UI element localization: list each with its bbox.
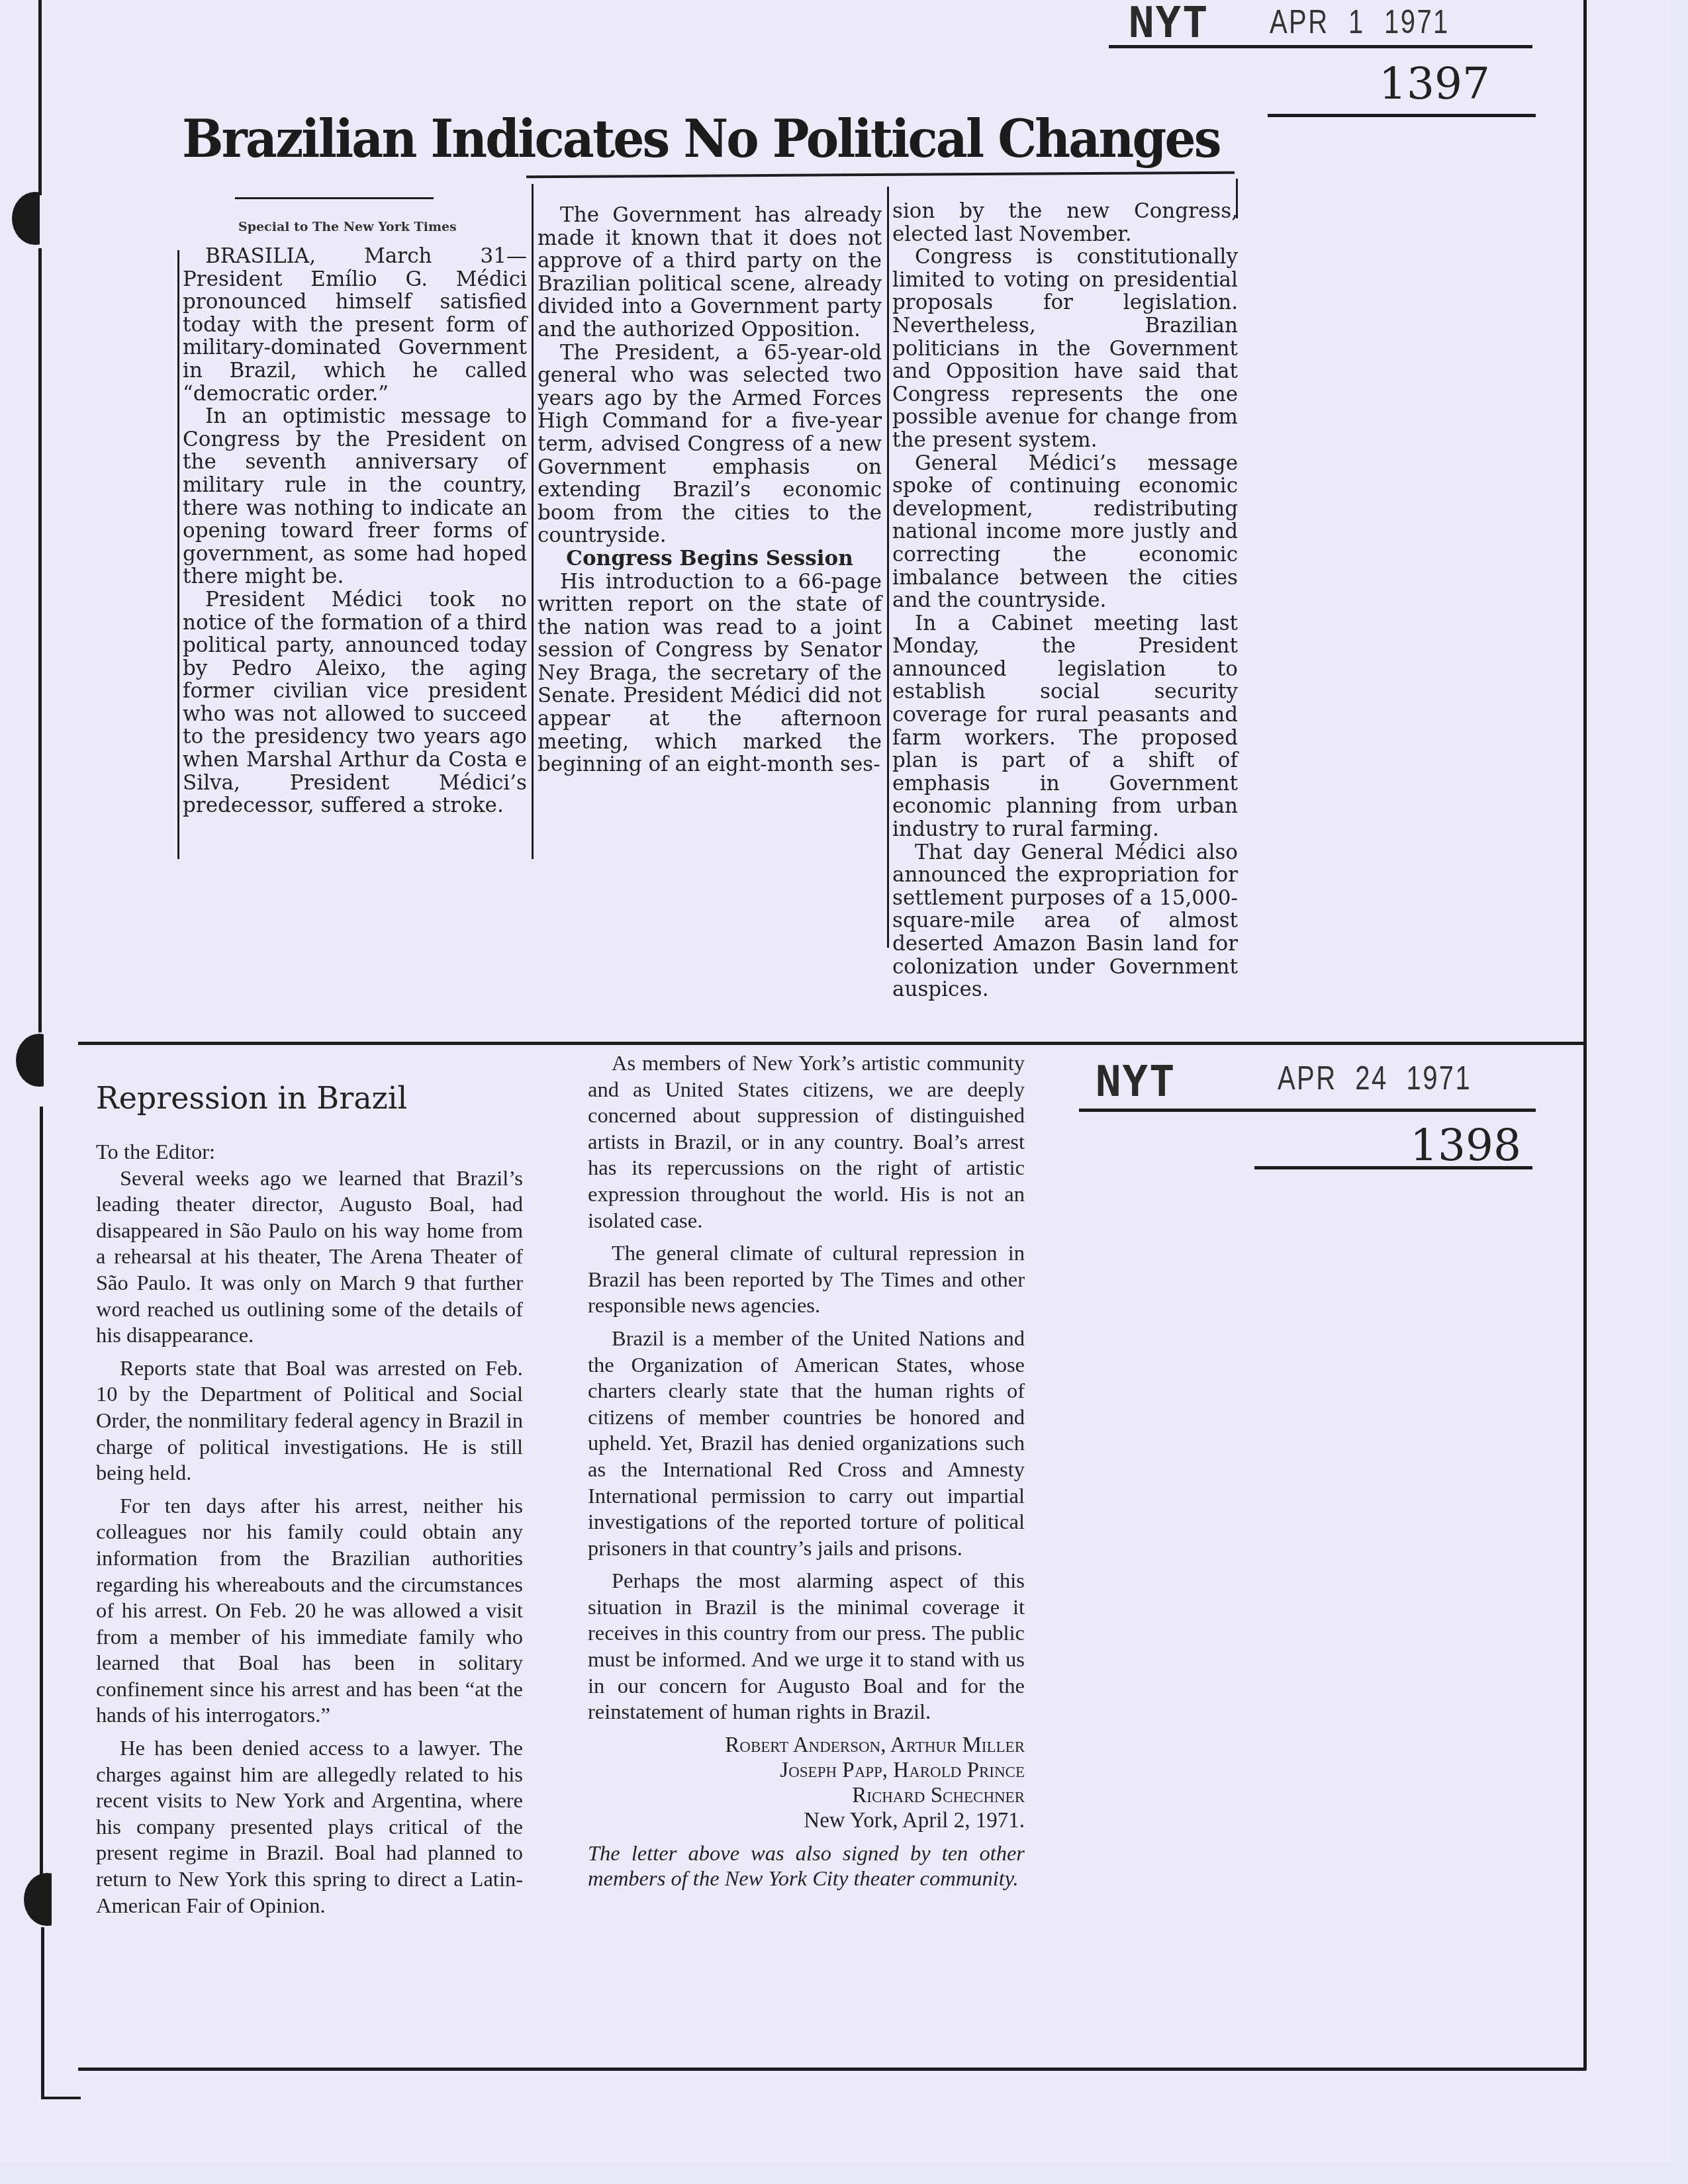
column-rule xyxy=(177,250,179,859)
letter-paragraph: Perhaps the most alarming aspect of this… xyxy=(588,1569,1025,1726)
scanned-page: NYT APR 1 1971 1397 Brazilian Indicates … xyxy=(0,0,1671,2163)
letter-column-1: To the Editor: Several weeks ago we lear… xyxy=(96,1140,523,1926)
letter-paragraph: Brazil is a member of the United Nations… xyxy=(588,1326,1025,1562)
stamp-topline xyxy=(1059,1042,1585,1045)
letter-salutation: To the Editor: xyxy=(96,1140,523,1166)
letter-dateline: New York, April 2, 1971. xyxy=(588,1808,1025,1833)
article-subhead: Congress Begins Session xyxy=(538,547,882,570)
article-paragraph: That day General Médici also announced t… xyxy=(892,841,1238,1001)
letter-title: Repression in Brazil xyxy=(96,1080,407,1116)
article-column-2: The Government has already made it known… xyxy=(538,204,882,776)
article-paragraph: BRASILIA, March 31—President Emílio G. M… xyxy=(183,245,527,405)
signer-line: Robert Anderson, Arthur Miller xyxy=(588,1733,1025,1758)
archive-number-underline xyxy=(1268,114,1536,117)
stamp-underline xyxy=(1079,1109,1536,1112)
article-paragraph: His introduction to a 66-page written re… xyxy=(538,570,882,776)
letter-column-2: As members of New York’s artistic commun… xyxy=(588,1051,1025,1898)
byline-rule xyxy=(235,197,434,199)
letter-paragraph: For ten days after his arrest, neither h… xyxy=(96,1494,523,1729)
signer-line: Richard Schechner xyxy=(588,1783,1025,1808)
column-rule xyxy=(532,184,534,859)
headline-rule xyxy=(526,171,1235,179)
stamp-underline xyxy=(1109,45,1532,48)
frame-left-mid xyxy=(38,248,42,1032)
frame-right xyxy=(1583,0,1587,2070)
article-paragraph: The Government has already made it known… xyxy=(538,204,882,341)
article-paragraph: In an optimistic message to Congress by … xyxy=(183,405,527,588)
article-paragraph: sion by the new Congress, elected last N… xyxy=(892,200,1238,246)
article-paragraph: Congress is constitutionally limited to … xyxy=(892,246,1238,451)
letter-paragraph: He has been denied access to a lawyer. T… xyxy=(96,1736,523,1919)
binder-hole-top xyxy=(12,192,58,245)
frame-left-bottom xyxy=(41,1927,44,2099)
frame-bottom xyxy=(78,2068,1586,2071)
binder-hole-middle xyxy=(16,1034,62,1087)
stamp-source: NYT xyxy=(1129,0,1209,48)
article-paragraph: President Médici took no notice of the f… xyxy=(183,588,527,817)
archive-number: 1397 xyxy=(1379,58,1490,109)
signers-block: Robert Anderson, Arthur Miller Joseph Pa… xyxy=(588,1733,1025,1833)
headline: Brazilian Indicates No Political Changes xyxy=(182,109,1220,169)
article-paragraph: The President, a 65-year-old general who… xyxy=(538,341,882,547)
article-paragraph: General Médici’s message spoke of contin… xyxy=(892,452,1238,612)
editor-note: The letter above was also signed by ten … xyxy=(588,1841,1025,1891)
frame-left-upper xyxy=(38,0,42,195)
letter-paragraph: Several weeks ago we learned that Brazil… xyxy=(96,1166,523,1349)
byline: Special to The New York Times xyxy=(238,220,457,234)
article-column-3: sion by the new Congress, elected last N… xyxy=(892,200,1238,1001)
archive-number-underline xyxy=(1254,1166,1532,1169)
signer-line: Joseph Papp, Harold Prince xyxy=(588,1758,1025,1783)
letter-paragraph: Reports state that Boal was arrested on … xyxy=(96,1356,523,1487)
frame-bottom-left-stub xyxy=(41,2097,81,2099)
stamp-date: APR 1 1971 xyxy=(1270,3,1450,41)
column-rule xyxy=(887,187,889,948)
frame-left-lower xyxy=(40,1107,43,1874)
article-column-1: BRASILIA, March 31—President Emílio G. M… xyxy=(183,245,527,817)
stamp-source: NYT xyxy=(1096,1058,1176,1107)
article-paragraph: In a Cabinet meeting last Monday, the Pr… xyxy=(892,612,1238,841)
letter-paragraph: As members of New York’s artistic commun… xyxy=(588,1051,1025,1234)
letter-paragraph: The general climate of cultural repressi… xyxy=(588,1241,1025,1320)
stamp-date: APR 24 1971 xyxy=(1278,1059,1472,1097)
archive-number: 1398 xyxy=(1410,1120,1521,1171)
binder-hole-bottom xyxy=(24,1873,70,1926)
